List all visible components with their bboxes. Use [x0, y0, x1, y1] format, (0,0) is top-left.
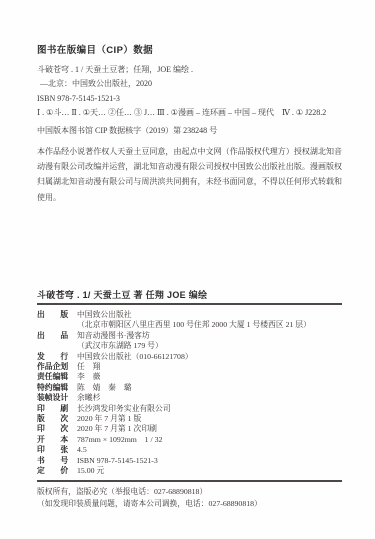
book-copyright-page: 图书在版编目（CIP）数据 斗破苍穹 . 1 / 天蚕土豆著；任翔，JOE 编绘… [0, 0, 375, 539]
row-value: 2020 年 7 月第 1 次印刷 [77, 424, 342, 434]
cip-publisher-statement: —北京：中国致公出版社，2020 [37, 77, 342, 91]
row-label: 装帧设计 [37, 393, 77, 403]
producer-address: （武汉市东湖路 179 号） [77, 341, 342, 351]
row-value: 知音动漫图书·漫客坊 （武汉市东湖路 179 号） [77, 331, 342, 352]
row-label: 书 号 [37, 456, 77, 466]
row-isbn: 书 号 ISBN 978-7-5145-1521-3 [37, 456, 342, 466]
colophon-title: 斗破苍穹 . 1/ 天蚕土豆 著 任翔 JOE 编绘 [37, 288, 342, 301]
row-value: 787mm × 1092mm 1 / 32 [77, 435, 342, 445]
row-value: 余曦杉 [77, 393, 342, 403]
row-value: 陈 婧 秦 璐 [77, 383, 342, 393]
copyright-notice-paragraph: 本作品经小说著作权人天蚕土豆同意，由起点中文网（作品版权代理方）授权湖北知音动漫… [37, 144, 342, 205]
row-value: 中国致公出版社（010-66121708） [77, 352, 342, 362]
row-responsible-editor: 责任编辑 李 薇 [37, 372, 342, 382]
row-value: ISBN 978-7-5145-1521-3 [77, 456, 342, 466]
row-label: 定 价 [37, 466, 77, 476]
row-producer: 出 品 知音动漫图书·漫客坊 （武汉市东湖路 179 号） [37, 331, 342, 352]
row-printer: 印 刷 长沙鸿发印务实业有限公司 [37, 404, 342, 414]
quality-exchange-notice: （如发现印装质量问题，请寄本公司调换，电话：027-68890818） [37, 498, 342, 510]
row-value: 4.5 [77, 445, 342, 455]
row-label: 开 本 [37, 435, 77, 445]
row-publisher: 出 版 中国致公出版社 （北京市朝阳区八里庄西里 100 号住邦 2000 大厦… [37, 310, 342, 331]
row-design: 装帧设计 余曦杉 [37, 393, 342, 403]
cip-block: 斗破苍穹 . 1 / 天蚕土豆著；任翔，JOE 编绘 . —北京：中国致公出版社… [37, 63, 342, 121]
row-label: 出 品 [37, 331, 77, 352]
cip-record-number: 中国版本图书馆 CIP 数据核字（2019）第 238248 号 [37, 125, 342, 136]
row-label: 印 次 [37, 424, 77, 434]
row-label: 作品企划 [37, 362, 77, 372]
cip-heading: 图书在版编目（CIP）数据 [37, 42, 342, 56]
row-value: 任 翔 [77, 362, 342, 372]
row-label: 特约编辑 [37, 383, 77, 393]
row-label: 印 张 [37, 445, 77, 455]
publisher-name: 中国致公出版社 [77, 310, 132, 319]
row-value: 李 薇 [77, 372, 342, 382]
row-value: 2020 年 7 月第 1 版 [77, 414, 342, 424]
row-price: 定 价 15.00 元 [37, 466, 342, 476]
publisher-address: （北京市朝阳区八里庄西里 100 号住邦 2000 大厦 1 号楼西区 21 层… [77, 320, 342, 330]
producer-name: 知音动漫图书·漫客坊 [77, 331, 150, 340]
title-divider-rule [37, 303, 342, 305]
row-sheets: 印 张 4.5 [37, 445, 342, 455]
row-impression: 印 次 2020 年 7 月第 1 次印刷 [37, 424, 342, 434]
row-label: 版 次 [37, 414, 77, 424]
footer-divider-rule [37, 480, 342, 482]
row-format: 开 本 787mm × 1092mm 1 / 32 [37, 435, 342, 445]
cip-classification: Ⅰ . ①斗… Ⅱ . ①天… ②任… ③ J… Ⅲ . ①漫画 – 连环画 –… [37, 106, 342, 120]
row-label: 印 刷 [37, 404, 77, 414]
footer-notices: 版权所有，盗版必究（举报电话：027-68890818） （如发现印装质量问题，… [37, 486, 342, 509]
row-edition: 版 次 2020 年 7 月第 1 版 [37, 414, 342, 424]
row-project-planner: 作品企划 任 翔 [37, 362, 342, 372]
row-value: 15.00 元 [77, 466, 342, 476]
row-label: 发 行 [37, 352, 77, 362]
row-distributor: 发 行 中国致公出版社（010-66121708） [37, 352, 342, 362]
cip-isbn: ISBN 978-7-5145-1521-3 [37, 92, 342, 106]
row-label: 出 版 [37, 310, 77, 331]
row-value: 中国致公出版社 （北京市朝阳区八里庄西里 100 号住邦 2000 大厦 1 号… [77, 310, 342, 331]
cip-title-statement: 斗破苍穹 . 1 / 天蚕土豆著；任翔，JOE 编绘 . [37, 63, 342, 77]
anti-piracy-notice: 版权所有，盗版必究（举报电话：027-68890818） [37, 486, 342, 498]
row-label: 责任编辑 [37, 372, 77, 382]
row-value: 长沙鸿发印务实业有限公司 [77, 404, 342, 414]
row-contributing-editor: 特约编辑 陈 婧 秦 璐 [37, 383, 342, 393]
colophon-rows: 出 版 中国致公出版社 （北京市朝阳区八里庄西里 100 号住邦 2000 大厦… [37, 310, 342, 477]
